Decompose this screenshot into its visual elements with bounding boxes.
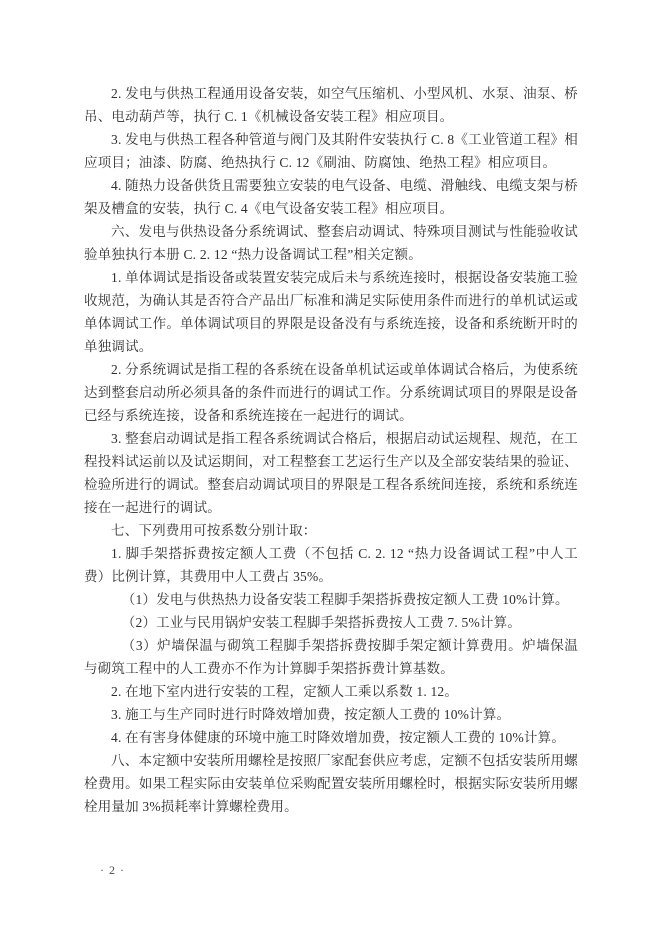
paragraph: 八、本定额中安装所用螺栓是按照厂家配套供应考虑，定额不包括安装所用螺栓费用。如果… [84,749,578,818]
paragraph: （2）工业与民用锅炉安装工程脚手架搭拆费按人工费 7. 5%计算。 [84,611,578,634]
paragraph: 3. 发电与供热工程各种管道与阀门及其附件安装执行 C. 8《工业管道工程》相应… [84,128,578,174]
paragraph: 六、发电与供热设备分系统调试、整套启动调试、特殊项目测试与性能验收试验单独执行本… [84,220,578,266]
paragraph: 2. 在地下室内进行安装的工程，定额人工乘以系数 1. 12。 [84,680,578,703]
paragraph: 1. 脚手架搭拆费按定额人工费（不包括 C. 2. 12 “热力设备调试工程”中… [84,542,578,588]
paragraph: 2. 发电与供热工程通用设备安装，如空气压缩机、小型风机、水泵、油泵、桥吊、电动… [84,82,578,128]
paragraph: （1）发电与供热热力设备安装工程脚手架搭拆费按定额人工费 10%计算。 [84,588,578,611]
page-background: 2. 发电与供热工程通用设备安装，如空气压缩机、小型风机、水泵、油泵、桥吊、电动… [0,0,662,936]
paragraph: （3）炉墙保温与砌筑工程脚手架搭拆费按脚手架定额计算费用。炉墙保温与砌筑工程中的… [84,634,578,680]
paragraph: 4. 在有害身体健康的环境中施工时降效增加费，按定额人工费的 10%计算。 [84,726,578,749]
page-number: · 2 · [100,863,125,878]
paragraph: 3. 整套启动调试是指工程各系统调试合格后，根据启动试运规程、规范，在工程投料试… [84,427,578,519]
paragraph: 2. 分系统调试是指工程的各系统在设备单机试运或单体调试合格后，为使系统达到整套… [84,358,578,427]
document-page: { "document": { "page_number": "· 2 ·", … [0,0,662,936]
document-text-block: 2. 发电与供热工程通用设备安装，如空气压缩机、小型风机、水泵、油泵、桥吊、电动… [84,82,578,818]
paragraph: 1. 单体调试是指设备或装置安装完成后未与系统连接时，根据设备安装施工验收规范，… [84,266,578,358]
paragraph: 3. 施工与生产同时进行时降效增加费，按定额人工费的 10%计算。 [84,703,578,726]
paragraph: 4. 随热力设备供货且需要独立安装的电气设备、电缆、滑触线、电缆支架与桥架及槽盒… [84,174,578,220]
paragraph: 七、下列费用可按系数分别计取： [84,519,578,542]
